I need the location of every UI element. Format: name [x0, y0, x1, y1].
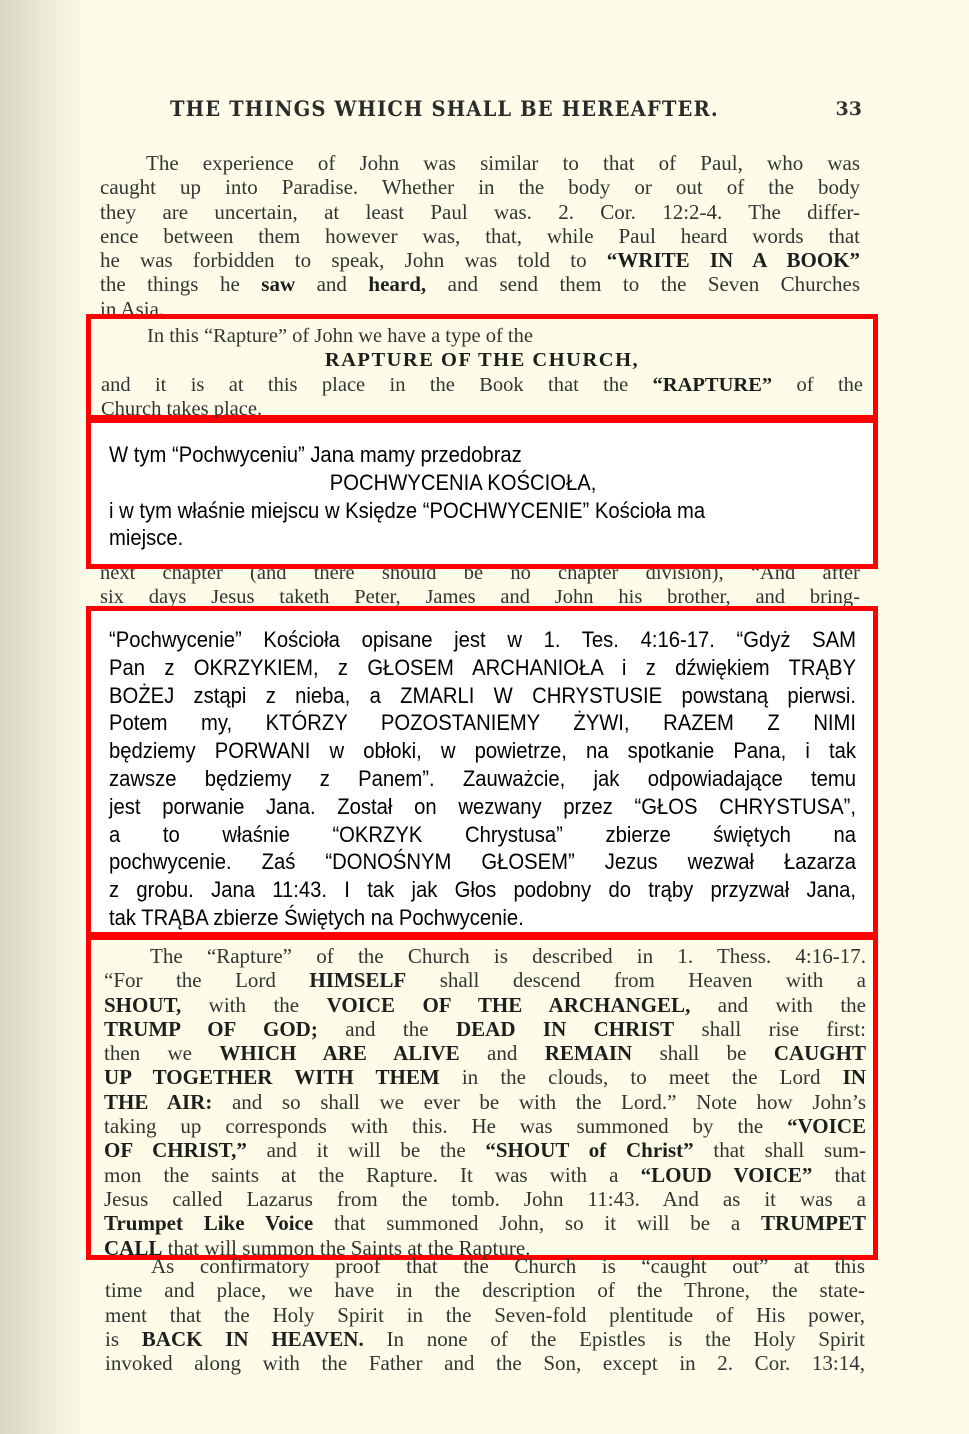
text-line: UP TOGETHER WITH THEM in the clouds, to … [104, 1065, 866, 1089]
bold-text: heard, [368, 272, 426, 296]
text-span: of the [772, 374, 863, 396]
bold-text: UP TOGETHER WITH THEM [104, 1065, 440, 1089]
text-line: invoked along with the Father and the So… [105, 1351, 865, 1375]
bold-text: TRUMPET [761, 1211, 866, 1235]
text-line: ment that the Holy Spirit in the Seven-f… [105, 1303, 865, 1327]
text-line: Jesus called Lazarus from the tomb. John… [104, 1187, 866, 1211]
bold-text: “SHOUT of Christ” [485, 1138, 693, 1162]
text-line: “Pochwycenie” Kościoła opisane jest w 1.… [109, 626, 856, 654]
bold-text: DEAD IN CHRIST [456, 1017, 674, 1041]
text-line: they are uncertain, at least Paul was. 2… [100, 200, 860, 224]
text-line: zawsze będziemy z Panem”. Zauważcie, jak… [109, 765, 856, 793]
bold-text: OF CHRIST,” [104, 1138, 247, 1162]
text-line: BOŻEJ zstąpi z nieba, a ZMARLI W CHRYSTU… [109, 682, 856, 710]
text-line: jest porwanie Jana. Został on wezwany pr… [109, 793, 856, 821]
closing-paragraph: As confirmatory proof that the Church is… [100, 1258, 870, 1378]
text-line: Pan z OKRZYKIEM, z GŁOSEM ARCHANIOŁA i z… [109, 654, 856, 682]
bold-text: TRUMP OF GOD; [104, 1017, 318, 1041]
text-line: CALL that will summon the Saints at the … [104, 1236, 866, 1260]
text-line: he was forbidden to speak, John was told… [100, 248, 860, 272]
partially-hidden-text: next chapter (and there should be no cha… [100, 569, 862, 607]
text-line: and it is at this place in the Book that… [101, 373, 863, 397]
text-line: pochwycenie. Zaś “DONOŚNYM GŁOSEM” Jezus… [109, 848, 856, 876]
bold-text: “WRITE IN A BOOK” [607, 248, 860, 272]
bold-text: WHICH ARE ALIVE [219, 1041, 459, 1065]
text-line: the things he saw and heard, and send th… [100, 272, 860, 296]
heading-rapture-of-the-church: RAPTURE OF THE CHURCH, [101, 348, 863, 372]
bold-text: SHOUT, [104, 993, 181, 1017]
english-paragraph: The “Rapture” of the Church is described… [104, 944, 866, 1260]
text-line: TRUMP OF GOD; and the DEAD IN CHRIST sha… [104, 1017, 866, 1041]
text-line: SHOUT, with the VOICE OF THE ARCHANGEL, … [104, 993, 866, 1017]
bold-text: Trumpet Like Voice [104, 1211, 313, 1235]
text-line: W tym “Pochwyceniu” Jana mamy przedobraz [109, 441, 856, 469]
text-line: six days Jesus taketh Peter, James and J… [100, 585, 860, 607]
page-binding-shadow [0, 0, 90, 1434]
bold-text: “RAPTURE” [653, 374, 773, 396]
bold-text: REMAIN [545, 1041, 633, 1065]
text-line: then we WHICH ARE ALIVE and REMAIN shall… [104, 1041, 866, 1065]
text-line: tak TRĄBA zbierze Świętych na Pochwyceni… [109, 904, 856, 932]
intro-paragraph: The experience of John was similar to th… [100, 151, 860, 321]
text-line: caught up into Paradise. Whether in the … [100, 175, 860, 199]
heading-pochwycenia-kosciola: POCHWYCENIA KOŚCIOŁA, [109, 469, 856, 497]
text-line: mon the saints at the Rapture. It was wi… [104, 1163, 866, 1187]
highlight-box-english-rapture-type: In this “Rapture” of John we have a type… [86, 314, 878, 420]
text-line: As confirmatory proof that the Church is… [105, 1258, 865, 1278]
highlight-box-polish-translation-1: W tym “Pochwyceniu” Jana mamy przedobraz… [86, 418, 878, 569]
highlight-box-english-thessalonians: The “Rapture” of the Church is described… [86, 935, 878, 1260]
polish-paragraph: “Pochwycenie” Kościoła opisane jest w 1.… [109, 626, 856, 932]
text-line: “For the Lord HIMSELF shall descend from… [104, 968, 866, 992]
text-line: ence between them however was, that, whi… [100, 224, 860, 248]
bold-text: CALL [104, 1236, 162, 1260]
bold-text: saw [261, 272, 295, 296]
text-line: The experience of John was similar to th… [100, 151, 860, 175]
text-line: taking up corresponds with this. He was … [104, 1114, 866, 1138]
text-line: is BACK IN HEAVEN. In none of the Epistl… [105, 1327, 865, 1351]
text-line: next chapter (and there should be no cha… [100, 569, 860, 585]
text-span: and it is at this place in the Book that… [101, 374, 653, 396]
text-line: i w tym właśnie miejscu w Księdze “POCHW… [109, 497, 856, 525]
text-line: z grobu. Jana 11:43. I tak jak Głos podo… [109, 876, 856, 904]
running-header: THE THINGS WHICH SHALL BE HEREAFTER. 33 [170, 96, 870, 124]
bold-text: IN [843, 1065, 866, 1089]
text-line: miejsce. [109, 524, 856, 552]
text-line: będziemy PORWANI w obłoki, w powietrze, … [109, 737, 856, 765]
bold-text: HIMSELF [309, 968, 406, 992]
bold-text: “LOUD VOICE” [641, 1163, 813, 1187]
chapter-title: THE THINGS WHICH SHALL BE HEREAFTER. [170, 96, 719, 121]
bold-text: VOICE OF THE ARCHANGEL, [327, 993, 691, 1017]
highlight-box-polish-translation-2: “Pochwycenie” Kościoła opisane jest w 1.… [86, 606, 878, 937]
text-line: The “Rapture” of the Church is described… [104, 944, 866, 968]
text-line: In this “Rapture” of John we have a type… [101, 324, 863, 348]
bold-text: CAUGHT [774, 1041, 866, 1065]
text-line: OF CHRIST,” and it will be the “SHOUT of… [104, 1138, 866, 1162]
text-line: Potem my, KTÓRZY POZOSTANIEMY ŻYWI, RAZE… [109, 709, 856, 737]
text-line: a to właśnie “OKRZYK Chrystusa” zbierze … [109, 821, 856, 849]
text-line: time and place, we have in the descripti… [105, 1278, 865, 1302]
bold-text: “VOICE [787, 1114, 866, 1138]
text-line: THE AIR: and so shall we ever be with th… [104, 1090, 866, 1114]
text-line: Trumpet Like Voice that summoned John, s… [104, 1211, 866, 1235]
page-number: 33 [836, 98, 862, 120]
bold-text: THE AIR: [104, 1090, 212, 1114]
bold-text: RAPTURE OF THE CHURCH, [325, 349, 639, 371]
bold-text: BACK IN HEAVEN. [142, 1327, 364, 1351]
